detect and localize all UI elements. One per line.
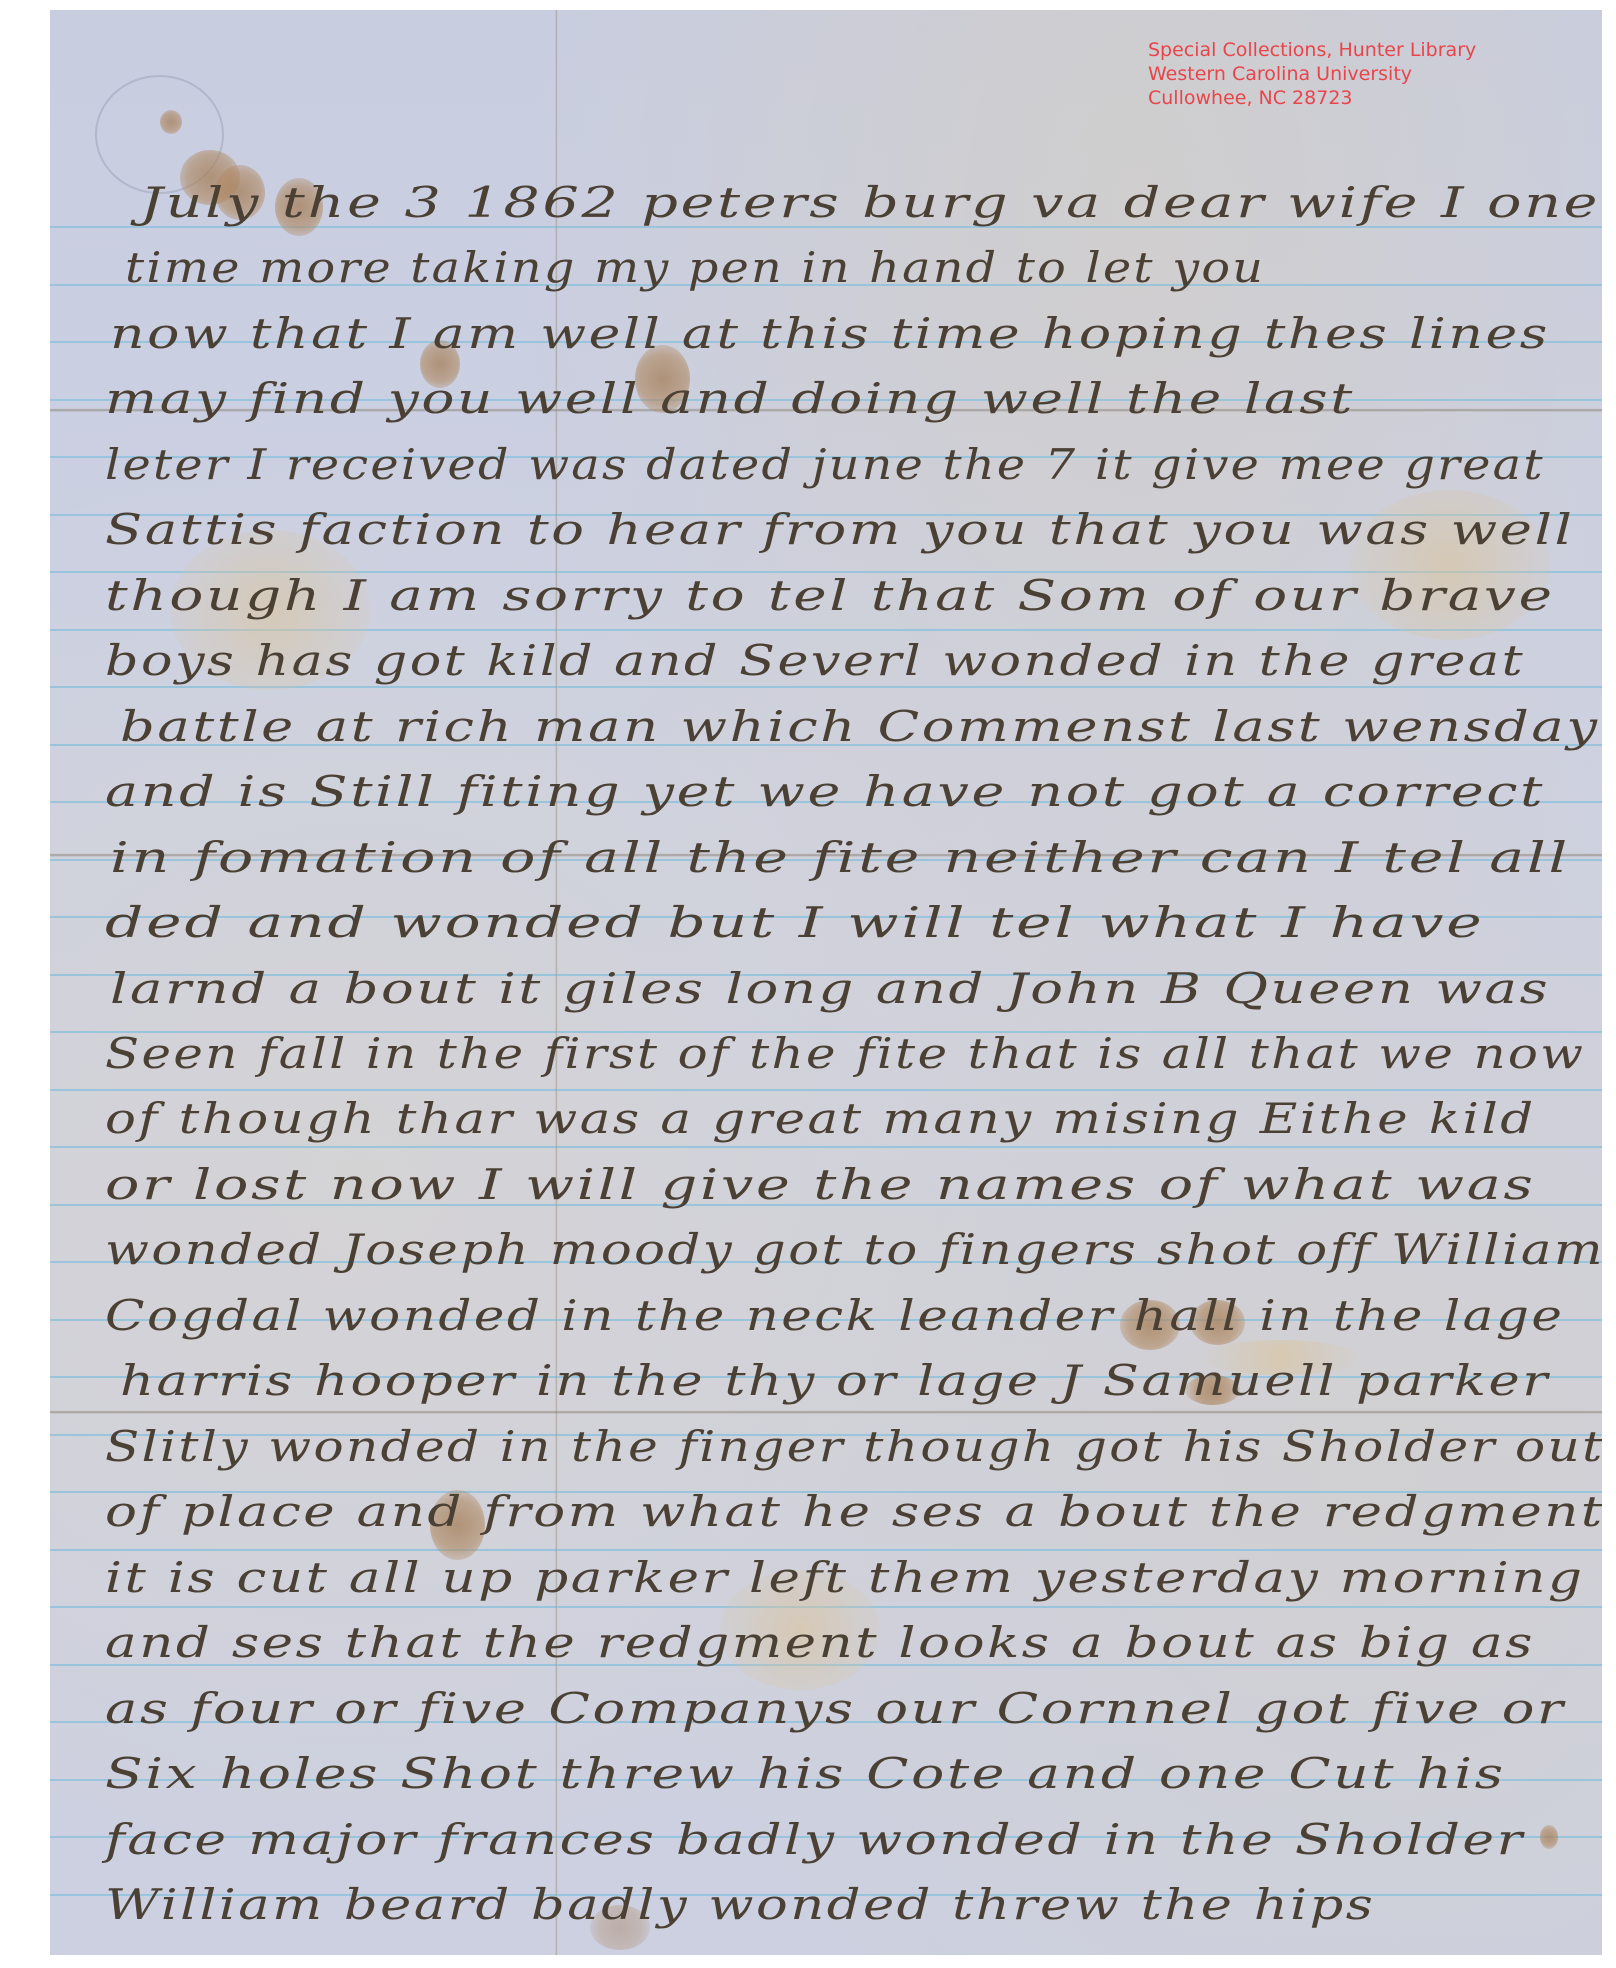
letter-line: though I am sorry to tel that Som of our…	[105, 571, 1555, 620]
letter-line: Cogdal wonded in the neck leander hall i…	[105, 1291, 1564, 1340]
ruled-line	[50, 1089, 1602, 1091]
stamp-line-university: Western Carolina University	[1148, 62, 1476, 86]
letter-line: boys has got kild and Severl wonded in t…	[105, 636, 1525, 685]
stamp-line-address: Cullowhee, NC 28723	[1148, 86, 1476, 110]
letter-line: of place and from what he ses a bout the…	[105, 1487, 1605, 1536]
letter-line: Seen fall in the first of the fite that …	[105, 1029, 1585, 1078]
archive-stamp: Special Collections, Hunter Library West…	[1148, 38, 1476, 110]
letter-line: in fomation of all the fite neither can …	[110, 833, 1570, 882]
letter-line: and ses that the redgment looks a bout a…	[105, 1618, 1535, 1667]
stamp-line-library: Special Collections, Hunter Library	[1148, 38, 1476, 62]
letter-line: July the 3 1862 peters burg va dear wife…	[140, 178, 1600, 227]
letter-line: battle at rich man which Commenst last w…	[120, 702, 1600, 751]
horizontal-fold-bottom	[50, 1410, 1602, 1414]
stain	[1540, 1825, 1558, 1849]
letter-line: face major frances badly wonded in the S…	[105, 1815, 1525, 1864]
letter-line: it is cut all up parker left them yester…	[105, 1553, 1585, 1602]
letter-line: of though thar was a great many mising E…	[105, 1094, 1536, 1143]
stain	[160, 110, 182, 134]
letter-line: and is Still fiting yet we have not got …	[105, 767, 1545, 816]
letter-line: or lost now I will give the names of wha…	[105, 1160, 1536, 1209]
letter-line: harris hooper in the thy or lage J Samue…	[120, 1356, 1550, 1405]
ruled-line	[50, 1146, 1602, 1148]
letter-line: Sattis faction to hear from you that you…	[105, 505, 1574, 554]
letter-line: Slitly wonded in the finger though got h…	[105, 1422, 1605, 1471]
letter-line: may find you well and doing well the las…	[105, 374, 1355, 423]
letter-line: time more taking my pen in hand to let y…	[125, 243, 1265, 292]
letter-line: as four or five Companys our Cornnel got…	[105, 1684, 1566, 1733]
letter-line: William beard badly wonded threw the hip…	[105, 1880, 1375, 1929]
letter-line: Six holes Shot threw his Cote and one Cu…	[105, 1749, 1506, 1798]
letter-line: now that I am well at this time hoping t…	[110, 309, 1550, 358]
letter-line: wonded Joseph moody got to fingers shot …	[105, 1225, 1605, 1274]
letter-line: leter I received was dated june the 7 it…	[105, 440, 1545, 489]
ruled-line	[50, 1549, 1602, 1551]
letter-line: ded and wonded but I will tel what I hav…	[105, 898, 1485, 947]
letter-line: larnd a bout it giles long and John B Qu…	[110, 964, 1550, 1013]
letter-paper: July the 3 1862 peters burg va dear wife…	[50, 10, 1602, 1955]
